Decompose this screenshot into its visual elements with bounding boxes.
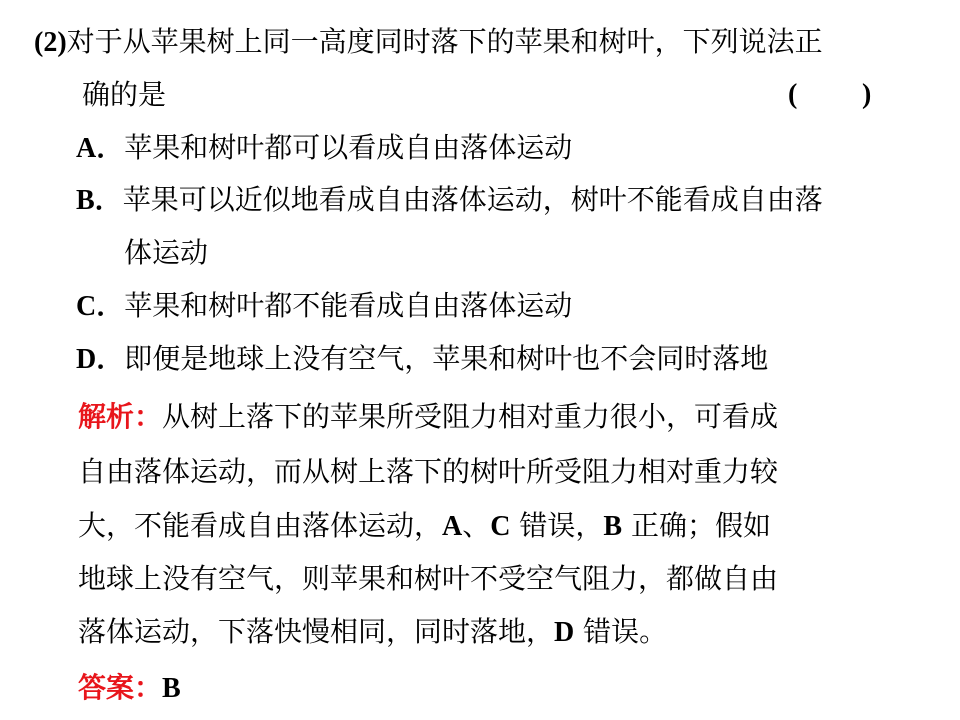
option-ref-d: D (554, 617, 574, 648)
analysis-text: 落体运动，下落快慢相同，同时落地， (78, 615, 554, 648)
analysis-text: 大，不能看成自由落体运动， (78, 509, 442, 542)
option-text-continuation: 体运动 (124, 236, 208, 269)
option-text: 苹果可以近似地看成自由落体运动，树叶不能看成自由落 (123, 183, 823, 216)
answer-blank-close: ) (862, 77, 871, 113)
analysis-line-3: 大，不能看成自由落体运动，A、C 错误，B 正确；假如 (78, 508, 771, 545)
option-letter: D． (76, 344, 124, 375)
option-text: 苹果和树叶都不能看成自由落体运动 (124, 289, 572, 322)
answer-value: B (162, 673, 181, 704)
answer-line: 答案：B (78, 670, 181, 707)
analysis-label: 解析： (78, 400, 162, 433)
analysis-line-4: 地球上没有空气，则苹果和树叶不受空气阻力，都做自由 (78, 561, 778, 597)
question-line-2: 确的是 (82, 77, 166, 113)
analysis-text: 地球上没有空气，则苹果和树叶不受空气阻力，都做自由 (78, 562, 778, 595)
option-letter: A． (76, 133, 124, 164)
option-b-continuation: 体运动 (124, 235, 208, 271)
analysis-text: 从树上落下的苹果所受阻力相对重力很小，可看成 (162, 400, 778, 433)
analysis-text: 错误， (511, 509, 604, 542)
analysis-text: 错误。 (574, 615, 667, 648)
analysis-line-1: 解析：从树上落下的苹果所受阻力相对重力很小，可看成 (78, 399, 778, 435)
question-line-1: (2)对于从苹果树上同一高度同时落下的苹果和树叶，下列说法正 (34, 24, 823, 61)
option-c: C．苹果和树叶都不能看成自由落体运动 (76, 288, 572, 325)
analysis-text: 、 (462, 509, 490, 542)
option-letter: C． (76, 291, 124, 322)
analysis-line-2: 自由落体运动，而从树上落下的树叶所受阻力相对重力较 (78, 454, 778, 490)
answer-blank: ( ) (788, 77, 878, 113)
analysis-text: 自由落体运动，而从树上落下的树叶所受阻力相对重力较 (78, 455, 778, 488)
option-ref-c: C (490, 511, 510, 542)
question-number: (2) (34, 27, 67, 58)
analysis-text: 正确；假如 (622, 509, 771, 542)
option-text: 苹果和树叶都可以看成自由落体运动 (124, 131, 572, 164)
option-a: A．苹果和树叶都可以看成自由落体运动 (76, 130, 572, 167)
option-d: D．即便是地球上没有空气，苹果和树叶也不会同时落地 (76, 341, 768, 378)
option-text: 即便是地球上没有空气，苹果和树叶也不会同时落地 (124, 342, 768, 375)
option-b: B．苹果可以近似地看成自由落体运动，树叶不能看成自由落 (76, 182, 823, 219)
question-stem-text: 对于从苹果树上同一高度同时落下的苹果和树叶，下列说法正 (67, 25, 823, 58)
option-letter: B． (76, 185, 123, 216)
answer-label: 答案： (78, 671, 162, 704)
answer-blank-open: ( (788, 77, 797, 113)
question-stem-continuation: 确的是 (82, 78, 166, 111)
analysis-line-5: 落体运动，下落快慢相同，同时落地，D 错误。 (78, 614, 667, 651)
option-ref-b: B (603, 511, 622, 542)
option-ref-a: A (442, 511, 462, 542)
